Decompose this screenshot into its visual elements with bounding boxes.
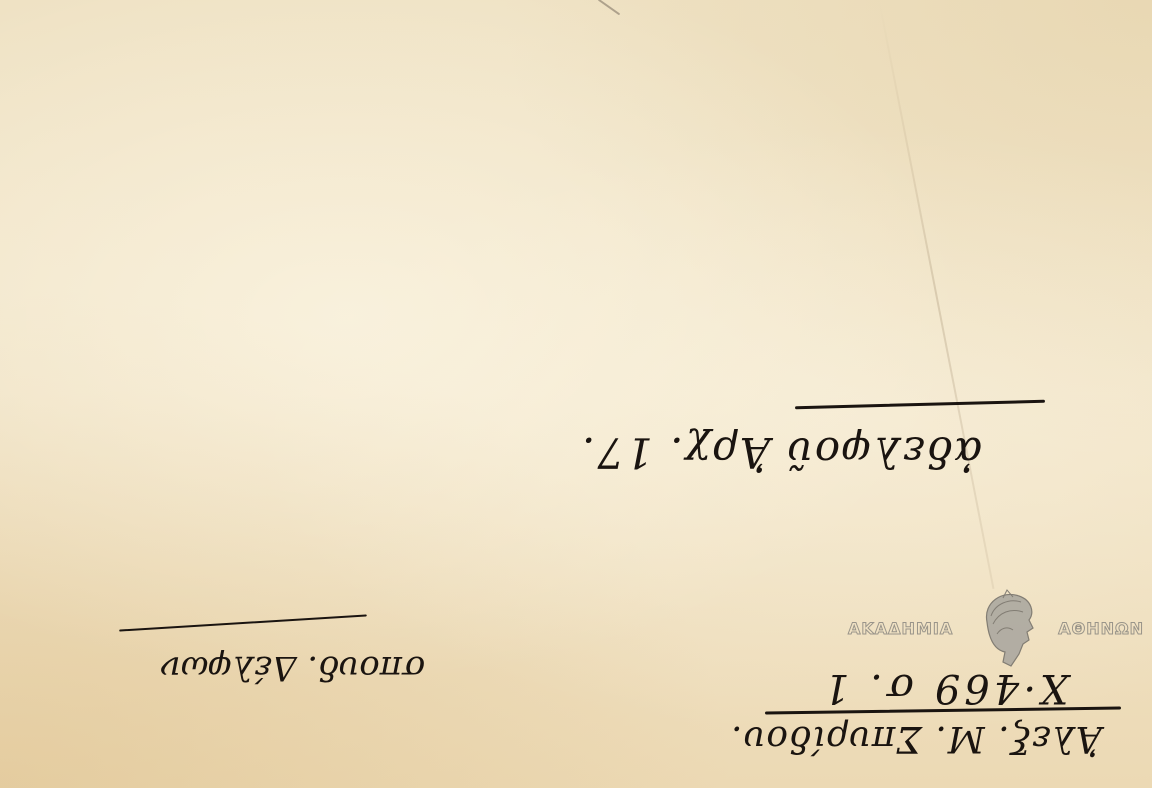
watermark-left-text: ΑΚΑΔΗΜΙΑ — [848, 619, 953, 638]
athena-head-icon — [973, 588, 1039, 668]
watermark-right-text: ΑΘΗΝΩΝ — [1058, 619, 1144, 638]
handwritten-left-note: σπουδ. Δέλφων — [160, 648, 425, 688]
handwritten-signature: Ἀλεξ. Μ. Σπυρίδου. — [730, 718, 1102, 759]
handwritten-upper-line: ἀδελφοῦ Ἀρχ. 17. — [580, 428, 982, 477]
handwritten-archive-number: X·469 σ. 1 — [820, 665, 1068, 711]
academy-watermark: ΑΚΑΔΗΜΙΑ ΑΘΗΝΩΝ — [848, 588, 1144, 668]
